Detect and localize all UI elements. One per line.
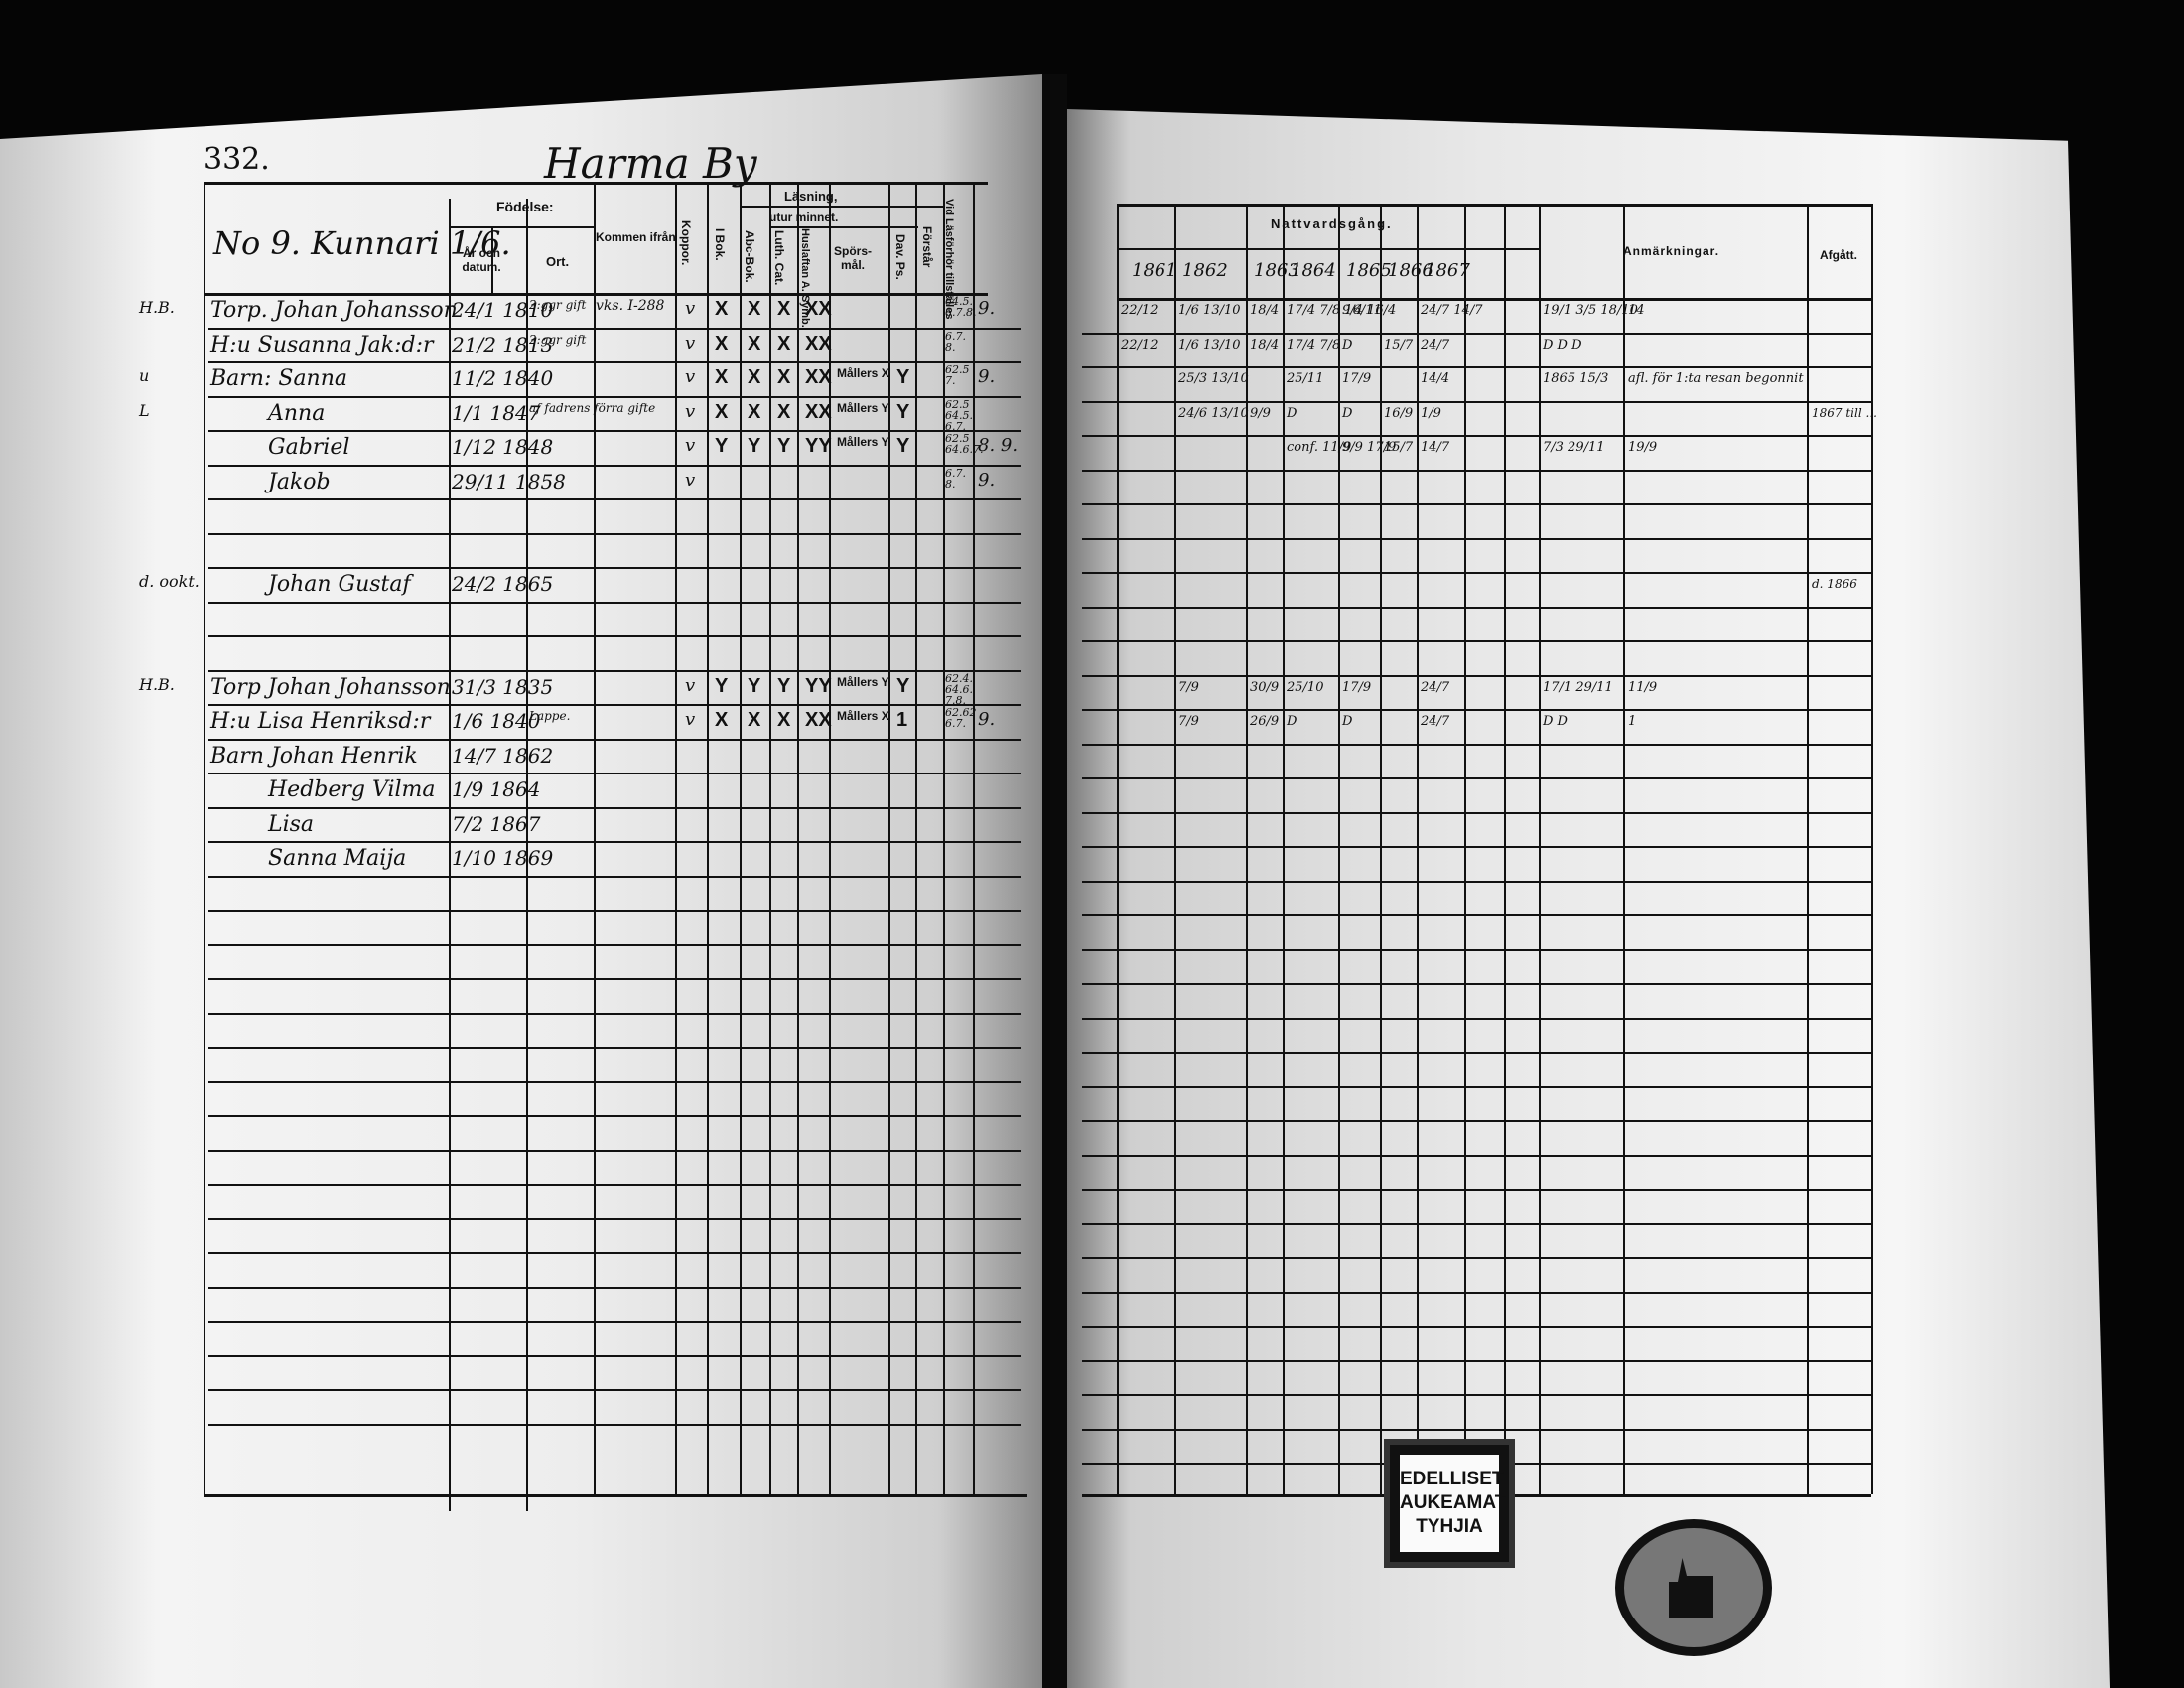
right-row-rule	[1082, 949, 1871, 951]
header-nattvardsgang: Nattvardsgång.	[1271, 216, 1393, 231]
person-name: Jakob	[268, 470, 331, 494]
departure-note: d. 1866	[1812, 577, 1857, 591]
right-header-rule	[1117, 204, 1871, 207]
communion-date: 1/9	[1421, 406, 1441, 421]
header-ar-och-datum: År och datum.	[452, 246, 511, 274]
person-name: Johan Gustaf	[268, 572, 411, 597]
birth-date: 11/2 1840	[452, 366, 553, 390]
reading-mark: YY	[805, 435, 832, 458]
left-row-rule	[208, 1081, 1021, 1083]
birth-place: af fadrens förra gifte	[529, 401, 655, 415]
margin-note: d. ookt.	[139, 572, 200, 591]
birth-date: 1/9 1864	[452, 777, 540, 801]
right-row-rule	[1082, 1018, 1871, 1020]
right-row-rule	[1082, 607, 1871, 609]
reading-mark: Y	[777, 675, 790, 698]
birth-date: 31/3 1835	[452, 675, 553, 699]
right-row-rule	[1082, 1326, 1871, 1328]
left-column-rule	[707, 182, 709, 1494]
right-column-rule	[1539, 204, 1541, 1494]
reading-mark: X	[777, 333, 790, 355]
left-column-rule	[769, 182, 771, 1494]
right-column-rule	[1283, 204, 1285, 1494]
communion-date: 1/6 13/10	[1178, 338, 1241, 352]
reading-mark: Mållers Y	[837, 675, 888, 689]
right-column-rule	[1504, 204, 1506, 1494]
right-row-rule	[1082, 744, 1871, 746]
village-title: Harma By	[544, 139, 757, 188]
stamp-line: AUKEAMAT	[1400, 1491, 1499, 1515]
left-column-rule	[915, 182, 917, 1494]
exam-record: 62.62 6.7.	[945, 707, 973, 729]
communion-extra: afl. för 1:ta resan begonnit	[1628, 371, 1804, 386]
left-row-rule	[208, 498, 1021, 500]
header-luth-cat: Luth. Cat.	[772, 230, 786, 285]
reading-mark: Y	[896, 675, 909, 698]
header-ort: Ort.	[546, 254, 569, 269]
header-fodelse: Födelse:	[496, 199, 554, 214]
right-column-rule	[1807, 204, 1809, 1494]
birth-place: Lappe.	[529, 709, 570, 723]
right-row-rule	[1082, 1189, 1871, 1191]
right-row-rule	[1082, 983, 1871, 985]
left-row-rule	[208, 841, 1021, 843]
stamp-line: EDELLISET	[1400, 1468, 1499, 1491]
communion-date: D	[1287, 406, 1297, 421]
right-column-rule	[1174, 204, 1176, 1494]
right-row-rule	[1082, 675, 1871, 677]
year-header-1867: 1867	[1425, 260, 1470, 281]
header-koppor: Koppor.	[679, 220, 693, 265]
header-huslaftan: Huslaftan A. Symb.	[799, 228, 811, 288]
right-column-rule	[1871, 204, 1873, 1494]
left-row-rule	[208, 1184, 1021, 1186]
person-name: Sanna Maija	[268, 846, 406, 871]
left-row-rule	[208, 1287, 1021, 1289]
left-bottom-rule	[204, 1494, 1027, 1497]
birth-date: 7/2 1867	[452, 812, 540, 836]
right-column-rule	[1338, 204, 1340, 1494]
communion-date: 24/7	[1421, 680, 1449, 695]
exam-record: 62.5 7.	[945, 364, 973, 386]
right-row-rule	[1082, 1155, 1871, 1157]
left-row-rule	[208, 396, 1021, 398]
reading-mark: Y	[715, 435, 728, 458]
person-name: Anna	[268, 401, 325, 426]
header-abc-bok: Abc-Bok.	[743, 230, 756, 283]
left-row-rule	[208, 1047, 1021, 1049]
exam-record: 62.4. 64.6. 7.8.	[945, 673, 973, 706]
smallpox-mark: v	[685, 298, 695, 319]
reading-mark: Y	[896, 366, 909, 389]
margin-note: H.B.	[139, 675, 175, 694]
exam-extra: 9.	[978, 709, 995, 730]
reading-mark: Mållers Y	[837, 401, 888, 415]
communion-date: 24/7	[1421, 714, 1449, 729]
communion-date: 9/4 16/4	[1342, 303, 1396, 318]
person-name: Hedberg Vilma	[268, 777, 436, 802]
stamp-line: TYHJIA	[1400, 1515, 1499, 1539]
left-column-rule	[675, 182, 677, 1494]
communion-date: 14/4	[1421, 371, 1449, 386]
communion-date: D	[1342, 714, 1352, 729]
right-header-rule	[1117, 298, 1871, 301]
communion-date: D	[1287, 714, 1297, 729]
exam-extra: 8. 9.	[978, 435, 1018, 456]
empty-pages-stamp: EDELLISET AUKEAMAT TYHJIA	[1390, 1445, 1509, 1562]
left-row-rule	[208, 1321, 1021, 1323]
margin-note: H.B.	[139, 298, 175, 317]
year-header-1861: 1861	[1132, 260, 1177, 281]
left-header-rule	[204, 182, 988, 185]
header-afgatt: Afgått.	[1820, 248, 1857, 262]
left-row-rule	[208, 533, 1021, 535]
right-row-rule	[1082, 1360, 1871, 1362]
utan-minnet-rule	[769, 226, 918, 228]
smallpox-mark: v	[685, 709, 695, 730]
reading-mark: 1	[896, 709, 907, 732]
smallpox-mark: v	[685, 333, 695, 353]
right-row-rule	[1082, 1120, 1871, 1122]
reading-mark: Mållers X	[837, 709, 889, 723]
reading-mark: X	[715, 709, 728, 732]
person-name: H:u Susanna Jak:d:r	[210, 333, 434, 357]
person-name: H:u Lisa Henriksd:r	[210, 709, 430, 734]
right-row-rule	[1082, 881, 1871, 883]
communion-date: 24/7	[1421, 338, 1449, 352]
departure-note: 1867 till ...	[1812, 406, 1877, 420]
reading-mark: XX	[805, 333, 832, 355]
communion-date: 22/12	[1121, 338, 1158, 352]
communion-date: 24/7 14/7	[1421, 303, 1483, 318]
reading-mark: X	[748, 366, 760, 389]
birth-date: 14/7 1862	[452, 744, 553, 768]
birth-date: 1/10 1869	[452, 846, 553, 870]
left-row-rule	[208, 704, 1021, 706]
right-row-rule	[1082, 812, 1871, 814]
left-row-rule	[208, 1218, 1021, 1220]
left-column-rule	[797, 182, 799, 1494]
communion-extra: 1865 15/3	[1543, 371, 1608, 386]
exam-extra: 9.	[978, 298, 995, 319]
header-kommen-ifran: Kommen ifrån	[596, 230, 676, 244]
communion-date: 18/4	[1250, 338, 1279, 352]
right-column-rule	[1380, 204, 1382, 1494]
lasning-rule	[740, 206, 943, 208]
left-row-rule	[208, 1389, 1021, 1391]
communion-date: 25/3 13/10	[1178, 371, 1249, 386]
left-row-rule	[208, 1424, 1021, 1426]
reading-mark: XX	[805, 709, 832, 732]
communion-extra: 19/1 3/5 18/10	[1543, 303, 1638, 318]
left-row-rule	[208, 910, 1021, 912]
communion-date: 7/9	[1178, 714, 1199, 729]
right-row-rule	[1082, 1429, 1871, 1431]
right-row-rule	[1082, 1394, 1871, 1396]
page-number: 332.	[204, 142, 270, 177]
communion-date: 15/7	[1384, 338, 1413, 352]
left-row-rule	[208, 328, 1021, 330]
right-row-rule	[1082, 1292, 1871, 1294]
left-column-rule	[973, 182, 975, 1494]
left-row-rule	[208, 944, 1021, 946]
left-row-rule	[208, 635, 1021, 637]
reading-mark: X	[715, 333, 728, 355]
right-row-rule	[1082, 435, 1871, 437]
right-row-rule	[1082, 538, 1871, 540]
communion-date: 25/10	[1287, 680, 1323, 695]
exam-extra: 9.	[978, 366, 995, 387]
reading-mark: Y	[896, 435, 909, 458]
birth-date: 1/1 1847	[452, 401, 540, 425]
reading-mark: Y	[715, 675, 728, 698]
reading-mark: X	[748, 333, 760, 355]
right-column-rule	[1464, 204, 1466, 1494]
exam-record: 62.5 64.5. 6.7.	[945, 399, 973, 432]
left-row-rule	[208, 465, 1021, 467]
reading-mark: X	[715, 401, 728, 424]
header-utan-minnet: utur minnet.	[769, 211, 838, 224]
header-anmarkningar: Anmärkningar.	[1623, 244, 1719, 258]
ar-ort-rule	[491, 226, 493, 293]
communion-date: 25/11	[1287, 371, 1323, 386]
reading-mark: X	[715, 366, 728, 389]
right-row-rule	[1082, 503, 1871, 505]
left-row-rule	[208, 670, 1021, 672]
left-row-rule	[208, 430, 1021, 432]
exam-record: 62.5 64.6.7.	[945, 433, 973, 455]
communion-date: 24/6 13/10	[1178, 406, 1249, 421]
person-name: Barn: Sanna	[210, 366, 347, 391]
left-column-rule	[594, 182, 596, 1494]
right-row-rule	[1082, 470, 1871, 472]
left-row-rule	[208, 876, 1021, 878]
reading-mark: X	[777, 401, 790, 424]
header-dav-ps: Dav. Ps.	[893, 234, 907, 280]
church-icon	[1669, 1558, 1713, 1618]
reading-mark: X	[748, 709, 760, 732]
reading-mark: XX	[805, 401, 832, 424]
reading-mark: X	[777, 709, 790, 732]
margin-note: u	[139, 366, 149, 385]
person-name: Torp. Johan Johansson	[210, 298, 458, 323]
reading-mark: X	[748, 298, 760, 321]
person-name: Lisa	[268, 812, 314, 837]
communion-extra: 14	[1628, 303, 1645, 318]
left-column-rule	[204, 182, 205, 1494]
communion-date: 14/7	[1421, 440, 1449, 455]
right-row-rule	[1082, 709, 1871, 711]
left-row-rule	[208, 361, 1021, 363]
right-row-rule	[1082, 1223, 1871, 1225]
communion-extra: D D D	[1543, 338, 1582, 352]
archive-seal-icon	[1615, 1519, 1772, 1656]
right-row-rule	[1082, 572, 1871, 574]
right-row-rule	[1082, 366, 1871, 368]
fodelse-rule	[449, 226, 594, 228]
exam-extra: 9.	[978, 470, 995, 491]
exam-record: 6.7. 8.	[945, 331, 973, 352]
birth-place: 2:ggr gift	[529, 298, 586, 312]
right-row-rule	[1082, 846, 1871, 848]
right-row-rule	[1082, 777, 1871, 779]
left-row-rule	[208, 1150, 1021, 1152]
person-name: Gabriel	[268, 435, 349, 460]
header-sporsmal: Spörs-mål.	[832, 244, 874, 272]
birth-date: 29/11 1858	[452, 470, 566, 493]
nattvard-rule	[1117, 248, 1539, 250]
header-forstar: Förstår	[920, 226, 934, 267]
left-row-rule	[208, 602, 1021, 604]
left-column-rule	[740, 182, 742, 1494]
reading-mark: Mållers Y	[837, 435, 888, 449]
reading-mark: Y	[748, 675, 760, 698]
left-header-rule	[204, 293, 988, 296]
right-row-rule	[1082, 640, 1871, 642]
communion-date: D	[1342, 338, 1352, 352]
communion-date: 22/12	[1121, 303, 1158, 318]
right-row-rule	[1082, 1086, 1871, 1088]
right-column-rule	[1117, 204, 1119, 1494]
left-row-rule	[208, 1115, 1021, 1117]
communion-date: 17/9	[1342, 680, 1371, 695]
birth-date: 24/2 1865	[452, 572, 553, 596]
reading-mark: XX	[805, 298, 832, 321]
communion-extra: 19/9	[1628, 440, 1657, 455]
communion-extra: 1	[1628, 714, 1636, 729]
reading-mark: Y	[777, 435, 790, 458]
birth-date: 1/6 1840	[452, 709, 540, 733]
reading-mark: Mållers X	[837, 366, 889, 380]
reading-mark: X	[777, 366, 790, 389]
smallpox-mark: v	[685, 470, 695, 491]
reading-mark: X	[748, 401, 760, 424]
smallpox-mark: v	[685, 401, 695, 422]
reading-mark: X	[777, 298, 790, 321]
birth-date: 1/12 1848	[452, 435, 553, 459]
header-i-bok: I Bok.	[713, 228, 727, 261]
reading-mark: XX	[805, 366, 832, 389]
reading-mark: X	[715, 298, 728, 321]
communion-date: 17/9	[1342, 371, 1371, 386]
smallpox-mark: v	[685, 435, 695, 456]
left-row-rule	[208, 773, 1021, 774]
reading-mark: YY	[805, 675, 832, 698]
communion-extra: 7/3 29/11	[1543, 440, 1605, 455]
communion-date: 16/9	[1384, 406, 1413, 421]
right-row-rule	[1082, 914, 1871, 916]
communion-date: 15/7	[1384, 440, 1413, 455]
communion-date: 26/9	[1250, 714, 1279, 729]
communion-date: 17/4 7/8	[1287, 338, 1340, 352]
right-row-rule	[1082, 333, 1871, 335]
reading-mark: Y	[896, 401, 909, 424]
communion-extra: 11/9	[1628, 680, 1657, 695]
smallpox-mark: v	[685, 675, 695, 696]
year-header-1862: 1862	[1182, 260, 1228, 281]
margin-note: L	[139, 401, 150, 420]
right-column-rule	[1246, 204, 1248, 1494]
book-spine	[1042, 74, 1067, 1688]
right-column-rule	[1623, 204, 1625, 1494]
left-row-rule	[208, 567, 1021, 569]
left-row-rule	[208, 1252, 1021, 1254]
right-column-rule	[1417, 204, 1419, 1494]
right-row-rule	[1082, 1257, 1871, 1259]
left-row-rule	[208, 1355, 1021, 1357]
communion-date: 30/9	[1250, 680, 1279, 695]
communion-date: 7/9	[1178, 680, 1199, 695]
exam-record: 64.5. 6.7.8.	[945, 296, 973, 318]
reading-mark: Y	[748, 435, 760, 458]
right-row-rule	[1082, 1052, 1871, 1054]
right-row-rule	[1082, 401, 1871, 403]
communion-extra: 17/1 29/11	[1543, 680, 1613, 695]
left-row-rule	[208, 978, 1021, 980]
smallpox-mark: v	[685, 366, 695, 387]
year-header-1865: 1865	[1346, 260, 1392, 281]
communion-date: 9/9	[1250, 406, 1271, 421]
communion-date: 1/6 13/10	[1178, 303, 1241, 318]
came-from: vks. I-288	[596, 298, 664, 314]
birth-place: 2:ggr gift	[529, 333, 586, 347]
communion-date: 18/4	[1250, 303, 1279, 318]
left-row-rule	[208, 1013, 1021, 1015]
communion-extra: D D	[1543, 714, 1568, 729]
person-name: Barn Johan Henrik	[210, 744, 418, 769]
exam-record: 6.7. 8.	[945, 468, 973, 490]
year-header-1864: 1864	[1291, 260, 1336, 281]
left-row-rule	[208, 739, 1021, 741]
communion-date: D	[1342, 406, 1352, 421]
person-name: Torp Johan Johansson	[210, 675, 451, 700]
left-row-rule	[208, 807, 1021, 809]
